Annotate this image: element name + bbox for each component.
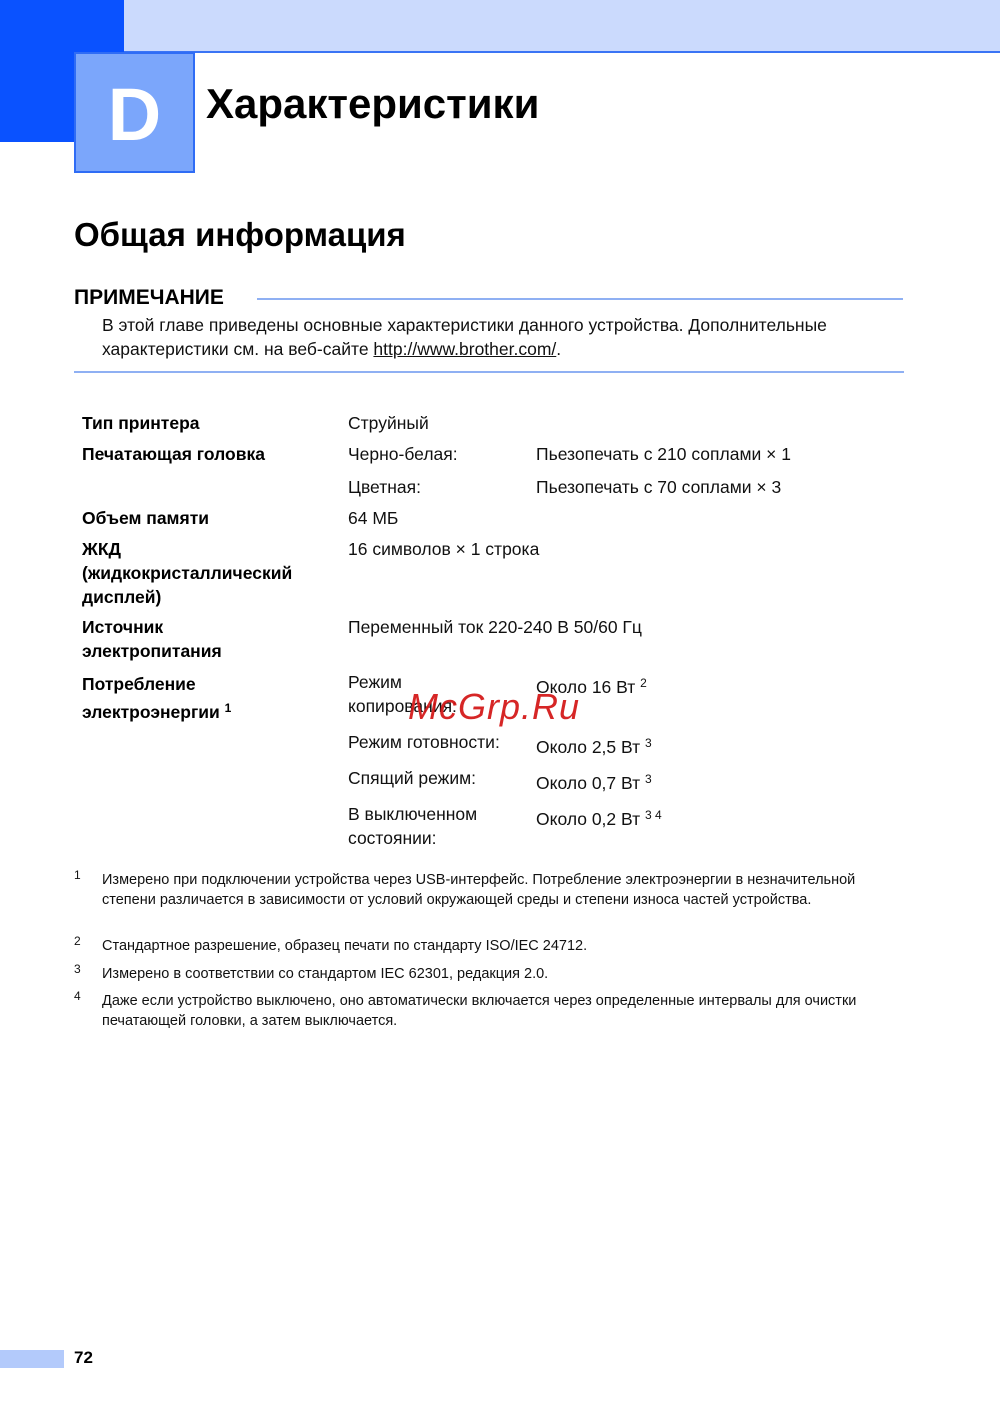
footnote-ref: 3 [645, 736, 652, 750]
power-value-off-text: Около 0,2 Вт [536, 809, 640, 829]
spec-value-printer-type: Струйный [348, 411, 533, 435]
footnote-number: 2 [74, 934, 81, 948]
lcd-label-line1: ЖКД [82, 537, 332, 561]
footnote-text: Измерено при подключении устройства чере… [102, 870, 912, 910]
spec-label-printer-type: Тип принтера [82, 411, 332, 435]
note-divider-top [257, 298, 903, 300]
spec-value-power-source: Переменный ток 220-240 В 50/60 Гц [348, 615, 798, 639]
page-number-bar [0, 1350, 64, 1368]
spec-label-power-source: Источник электропитания [82, 615, 332, 663]
spec-key-color: Цветная: [348, 475, 533, 499]
spec-value-lcd: 16 символов × 1 строка [348, 537, 748, 561]
power-value-ready: Около 2,5 Вт 3 [536, 735, 896, 759]
watermark: McGrp.Ru [408, 686, 580, 728]
spec-value-memory: 64 МБ [348, 506, 533, 530]
page-number: 72 [74, 1348, 93, 1368]
lcd-label-line2: (жидкокристаллический [82, 561, 332, 585]
note-text: В этой главе приведены основные характер… [102, 313, 912, 361]
footnote-ref: 1 [225, 701, 232, 715]
power-consumption-label-line1: Потребление [82, 670, 332, 698]
footnote-number: 1 [74, 868, 81, 882]
power-mode-ready: Режим готовности: [348, 730, 533, 754]
power-value-ready-text: Около 2,5 Вт [536, 737, 640, 757]
power-consumption-label-line2: электроэнергии [82, 702, 220, 722]
footnote-ref: 3 [645, 772, 652, 786]
footnote-number: 4 [74, 989, 81, 1003]
power-value-copy: Около 16 Вт 2 [536, 675, 896, 699]
brother-website-link[interactable]: http://www.brother.com/ [373, 339, 556, 359]
spec-value-mono: Пьезопечать с 210 соплами × 1 [536, 442, 896, 466]
power-value-off: Около 0,2 Вт 3 4 [536, 807, 896, 831]
power-value-sleep-text: Около 0,7 Вт [536, 773, 640, 793]
header-band [124, 0, 1000, 53]
footnote-ref: 2 [640, 676, 647, 690]
lcd-label-line3: дисплей) [82, 585, 332, 609]
power-mode-off-line2: состоянии: [348, 826, 533, 850]
spec-label-power-consumption: Потребление электроэнергии 1 [82, 670, 332, 726]
spec-value-color: Пьезопечать с 70 соплами × 3 [536, 475, 896, 499]
footnote-text: Измерено в соответствии со стандартом IE… [102, 964, 912, 984]
footnote-text: Даже если устройство выключено, оно авто… [102, 991, 912, 1031]
footnote-ref: 3 4 [645, 808, 662, 822]
note-heading: ПРИМЕЧАНИЕ [74, 286, 224, 310]
note-text-end: . [556, 339, 561, 359]
spec-key-mono: Черно-белая: [348, 442, 533, 466]
chapter-letter-box: D [74, 52, 195, 173]
spec-label-memory: Объем памяти [82, 506, 332, 530]
spec-label-print-head: Печатающая головка [82, 442, 332, 466]
power-mode-sleep: Спящий режим: [348, 766, 533, 790]
power-value-sleep: Около 0,7 Вт 3 [536, 771, 896, 795]
chapter-title: Характеристики [206, 80, 539, 128]
spec-label-lcd: ЖКД (жидкокристаллический дисплей) [82, 537, 332, 609]
power-mode-off-line1: В выключенном [348, 802, 533, 826]
power-source-label-line1: Источник [82, 615, 332, 639]
section-title: Общая информация [74, 216, 406, 254]
footnote-number: 3 [74, 962, 81, 976]
note-divider-bottom [74, 371, 904, 373]
power-source-label-line2: электропитания [82, 639, 332, 663]
footnote-text: Стандартное разрешение, образец печати п… [102, 936, 912, 956]
power-mode-off: В выключенном состоянии: [348, 802, 533, 850]
